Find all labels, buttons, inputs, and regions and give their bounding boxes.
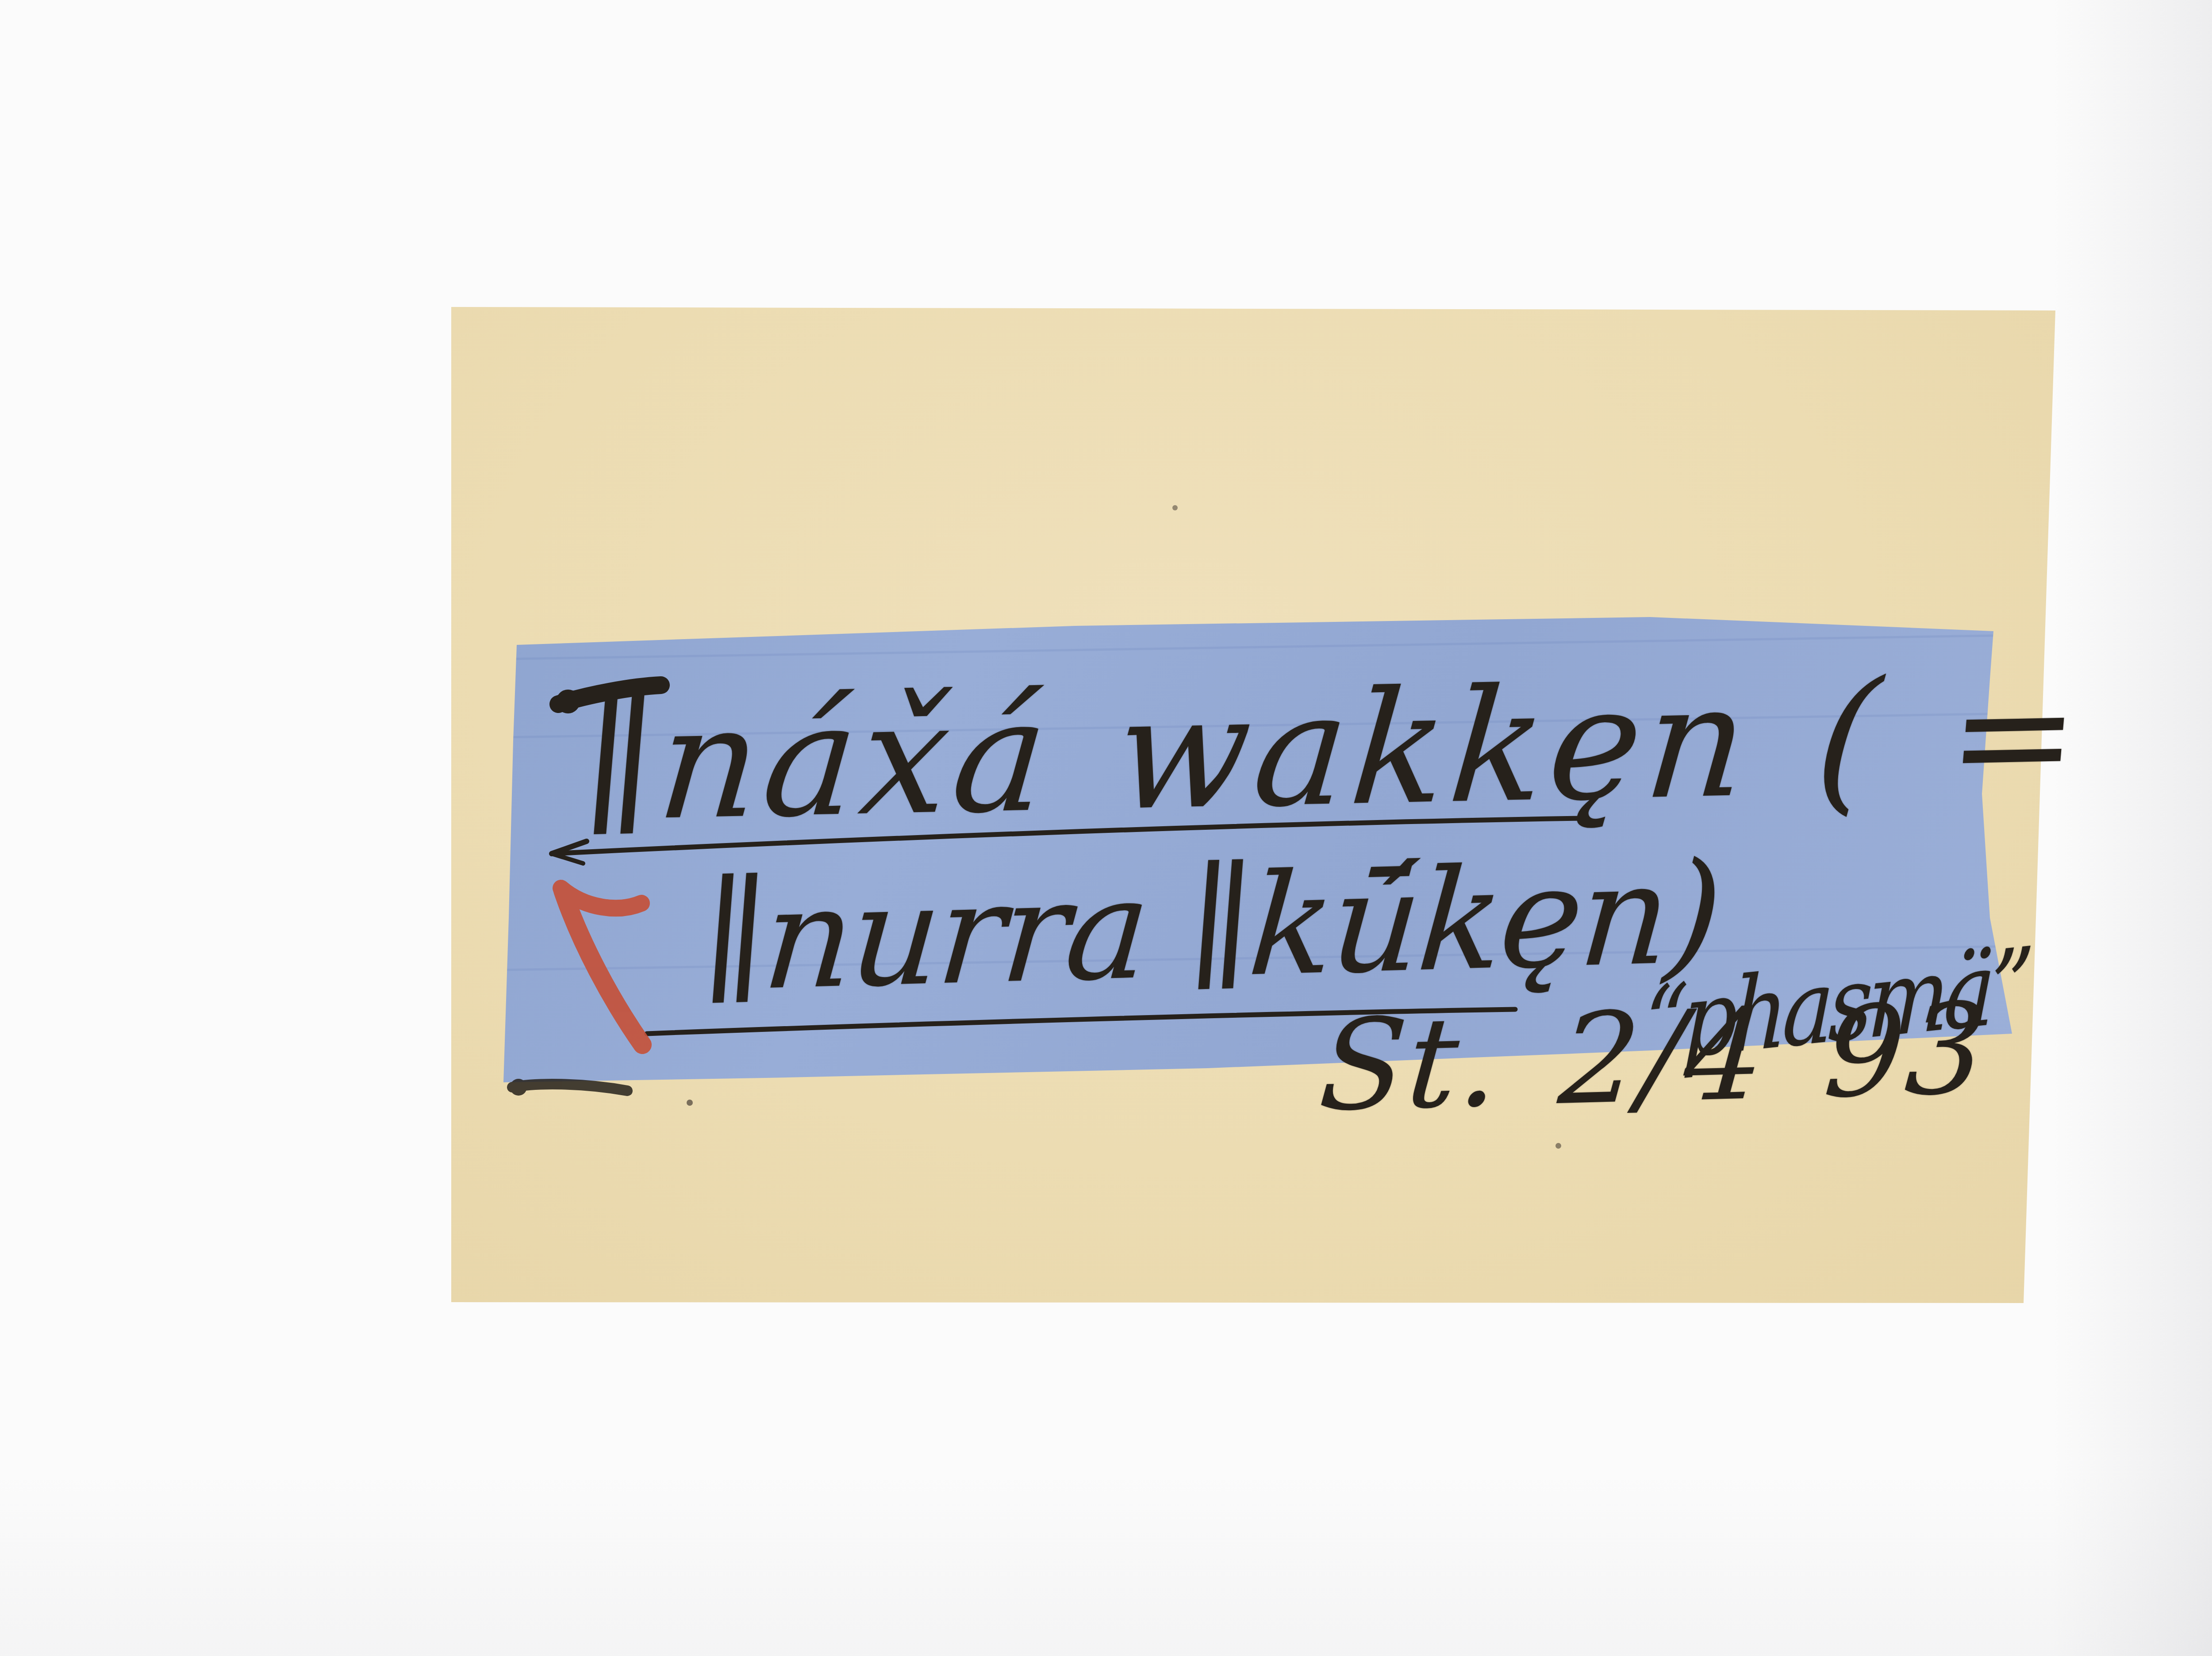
photo-background: ∥náx̌á wakkęn ( = ∥nurra ∥kū́kęn) “phasm… xyxy=(0,0,2212,1656)
paper-speck xyxy=(1172,505,1178,510)
backdrop-shadow-right xyxy=(2051,0,2212,1656)
handwriting-line-1: ∥náx̌á wakkęn ( = xyxy=(576,656,2090,844)
paper-speck xyxy=(1555,1143,1561,1149)
handwriting-date-line: St. 2/4 93 xyxy=(1316,986,1993,1129)
backdrop-shadow-bottom xyxy=(0,1470,2212,1656)
paper-speck xyxy=(687,1100,693,1106)
